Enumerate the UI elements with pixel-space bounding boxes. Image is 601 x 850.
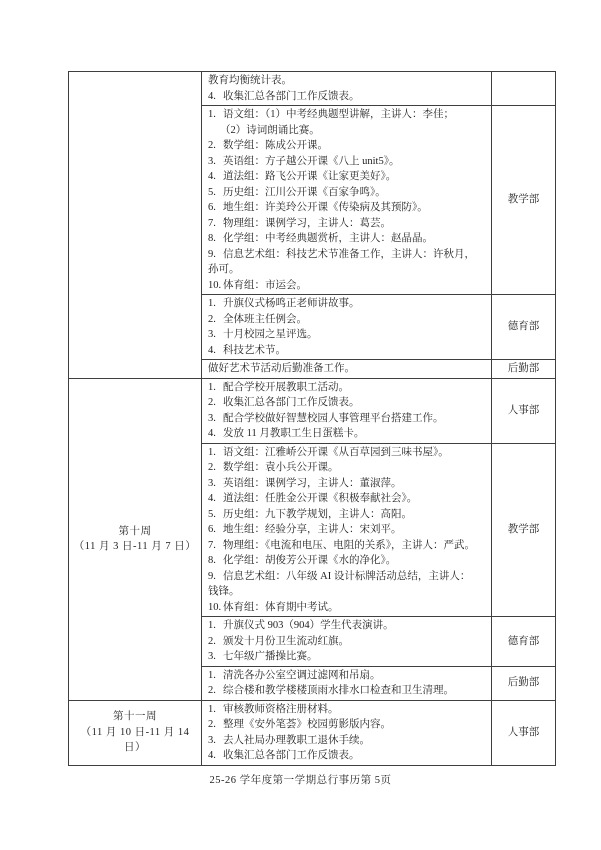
task-text: 十月校园之星评选。 [223,329,318,340]
task-line: 1.配合学校开展教职工活动。 [208,380,488,396]
tasks-cell: 做好艺术节活动后勤准备工作。 [202,360,492,379]
task-text: 孙可。 [208,264,240,275]
department-cell: 后勤部 [492,666,556,700]
task-number: 4. [208,343,223,359]
task-number: 4. [208,426,223,442]
task-text: 收集汇总各部门工作反馈表。 [223,750,360,761]
week-cell: 第十周（11 月 3 日-11 月 7 日） [69,378,202,700]
department-cell: 德育部 [492,617,556,667]
task-text: 升旗仪式杨鸣正老师讲故事。 [223,298,360,309]
task-text: 清洗各办公室空调过滤网和吊扇。 [223,670,381,681]
task-line: 1.升旗仪式杨鸣正老师讲故事。 [208,296,488,312]
task-text: 做好艺术节活动后勤准备工作。 [208,363,355,374]
task-text: 体育组：体育期中考试。 [223,602,339,613]
task-text: 化学组：胡俊芳公开课《水的净化》。 [223,555,396,566]
task-number: 6. [208,200,223,216]
department-cell [492,72,556,106]
task-line: 2.整理《安外笔荟》校园剪影版内容。 [208,717,488,733]
task-number: 1. [208,618,223,634]
task-text: 全体班主任例会。 [223,314,307,325]
task-number: 1. [208,107,223,123]
task-text: 审核教师资格注册材料。 [223,704,339,715]
week-label: 第十一周 [71,709,199,725]
task-line: 7.物理组：课例学习，主讲人：葛芸。 [208,216,488,232]
task-line: 3.去人社局办理教职工退休手续。 [208,733,488,749]
task-text: 信息艺术组：科技艺术节准备工作，主讲人：许秋月， [223,249,475,260]
task-text: 发放 11 月教职工生日蛋糕卡。 [223,428,364,439]
task-number: 8. [208,231,223,247]
task-number: 2. [208,395,223,411]
task-text: 历史组：九下教学规划，主讲人：高阳。 [223,509,412,520]
task-text: 语文组：（1）中考经典题型讲解，主讲人：李佳； [223,109,454,120]
task-text: 数学组：陈成公开课。 [223,140,328,151]
week-cell: 第十一周（11 月 10 日-11 月 14 日） [69,700,202,765]
task-number: 5. [208,507,223,523]
department-cell: 德育部 [492,295,556,360]
task-line: 3.七年级广播操比赛。 [208,649,488,665]
task-text: 英语组：课例学习，主讲人：董淑萍。 [223,478,402,489]
task-number: 9. [208,247,223,263]
task-line: 10.体育组：体育期中考试。 [208,600,488,616]
task-text: 信息艺术组：八年级 AI 设计标牌活动总结，主讲人： [223,571,470,582]
task-line: 5.历史组：九下教学规划，主讲人：高阳。 [208,507,488,523]
task-line: 做好艺术节活动后勤准备工作。 [208,361,488,377]
calendar-table-body: 教育均衡统计表。4.收集汇总各部门工作反馈表。1.语文组：（1）中考经典题型讲解… [69,72,556,766]
department-cell: 教学部 [492,106,556,295]
calendar-table: 教育均衡统计表。4.收集汇总各部门工作反馈表。1.语文组：（1）中考经典题型讲解… [68,71,556,766]
task-text: 物理组：课例学习，主讲人：葛芸。 [223,218,391,229]
task-text: 去人社局办理教职工退休手续。 [223,735,370,746]
task-number: 1. [208,296,223,312]
task-text: 颁发十月份卫生流动红旗。 [223,636,349,647]
task-line: 钱锋。 [208,584,488,600]
task-number: 2. [208,312,223,328]
task-number: 10. [208,600,223,616]
department-cell: 教学部 [492,443,556,617]
task-line: 6.地生组：经验分享，主讲人：宋刘平。 [208,522,488,538]
task-number: 1. [208,702,223,718]
task-line: 3.十月校园之星评选。 [208,327,488,343]
week-cell [69,72,202,379]
task-line: 3.英语组：课例学习，主讲人：董淑萍。 [208,476,488,492]
task-line: 1.审核教师资格注册材料。 [208,702,488,718]
task-line: 8.化学组：胡俊芳公开课《水的净化》。 [208,553,488,569]
task-number: 5. [208,185,223,201]
task-line: 2.数学组：袁小兵公开课。 [208,460,488,476]
task-text: 整理《安外笔荟》校园剪影版内容。 [223,719,391,730]
tasks-cell: 1.清洗各办公室空调过滤网和吊扇。2.综合楼和教学楼楼顶雨水排水口检查和卫生清理… [202,666,492,700]
tasks-cell: 1.语文组：（1）中考经典题型讲解，主讲人：李佳；（2）诗词朗诵比赛。2.数学组… [202,106,492,295]
task-number: 1. [208,668,223,684]
task-line: 7.物理组：《电流和电压、电阻的关系》，主讲人：严武。 [208,538,488,554]
task-line: 孙可。 [208,262,488,278]
task-line: 2.数学组：陈成公开课。 [208,138,488,154]
task-text: 化学组：中考经典题赏析，主讲人：赵晶晶。 [223,233,433,244]
task-number: 6. [208,522,223,538]
task-line: 9.信息艺术组：科技艺术节准备工作，主讲人：许秋月， [208,247,488,263]
task-text: 综合楼和教学楼楼顶雨水排水口检查和卫生清理。 [223,685,454,696]
task-line: 4.发放 11 月教职工生日蛋糕卡。 [208,426,488,442]
table-row: 第十一周（11 月 10 日-11 月 14 日）1.审核教师资格注册材料。2.… [69,700,556,765]
task-number: 3. [208,476,223,492]
task-line: 教育均衡统计表。 [208,73,488,89]
task-number: 1. [208,445,223,461]
task-number: 9. [208,569,223,585]
task-text: 物理组：《电流和电压、电阻的关系》，主讲人：严武。 [223,540,475,551]
task-text: 地生组：经验分享，主讲人：宋刘平。 [223,524,402,535]
task-number: 4. [208,491,223,507]
task-number: 3. [208,327,223,343]
task-text: 配合学校做好智慧校园人事管理平台搭建工作。 [223,413,444,424]
task-line: 4.收集汇总各部门工作反馈表。 [208,89,488,105]
task-line: 6.地生组：许美玲公开课《传染病及其预防》。 [208,200,488,216]
task-text: 道法组：路飞公开课《让家更美好》。 [223,171,396,182]
tasks-cell: 1.配合学校开展教职工活动。2.收集汇总各部门工作反馈表。3.配合学校做好智慧校… [202,378,492,443]
task-line: 1.清洗各办公室空调过滤网和吊扇。 [208,668,488,684]
department-cell: 后勤部 [492,360,556,379]
task-number: 2. [208,717,223,733]
tasks-cell: 教育均衡统计表。4.收集汇总各部门工作反馈表。 [202,72,492,106]
task-text: 语文组：江雅峤公开课《从百草园到三味书屋》。 [223,447,449,458]
task-text: 收集汇总各部门工作反馈表。 [223,91,360,102]
task-line: 4.科技艺术节。 [208,343,488,359]
task-text: 配合学校开展教职工活动。 [223,382,349,393]
task-number: 8. [208,553,223,569]
department-cell: 人事部 [492,700,556,765]
task-number: 2. [208,683,223,699]
department-cell: 人事部 [492,378,556,443]
task-text: 收集汇总各部门工作反馈表。 [223,397,360,408]
task-number: 3. [208,411,223,427]
task-line: 10.体育组：市运会。 [208,278,488,294]
task-text: 教育均衡统计表。 [208,75,292,86]
task-number: 3. [208,649,223,665]
task-number: 3. [208,733,223,749]
task-text: （2）诗词朗诵比赛。 [220,125,320,136]
week-label: （11 月 3 日-11 月 7 日） [71,539,199,555]
task-number: 4. [208,169,223,185]
task-line: 1.语文组：（1）中考经典题型讲解，主讲人：李佳； [208,107,488,123]
task-number: 2. [208,138,223,154]
task-text: 地生组：许美玲公开课《传染病及其预防》。 [223,202,428,213]
week-label: （11 月 10 日-11 月 14 日） [71,725,199,756]
task-text: 七年级广播操比赛。 [223,651,318,662]
task-number: 2. [208,634,223,650]
task-line: 9.信息艺术组：八年级 AI 设计标牌活动总结，主讲人： [208,569,488,585]
task-line: 4.收集汇总各部门工作反馈表。 [208,748,488,764]
task-text: 科技艺术节。 [223,345,286,356]
task-line: 2.收集汇总各部门工作反馈表。 [208,395,488,411]
tasks-cell: 1.升旗仪式 903（904）学生代表演讲。2.颁发十月份卫生流动红旗。3.七年… [202,617,492,667]
task-line: （2）诗词朗诵比赛。 [208,123,488,139]
task-number: 4. [208,748,223,764]
task-line: 2.颁发十月份卫生流动红旗。 [208,634,488,650]
task-text: 历史组：江川公开课《百家争鸣》。 [223,187,386,198]
tasks-cell: 1.升旗仪式杨鸣正老师讲故事。2.全体班主任例会。3.十月校园之星评选。4.科技… [202,295,492,360]
task-line: 2.综合楼和教学楼楼顶雨水排水口检查和卫生清理。 [208,683,488,699]
task-number: 4. [208,89,223,105]
task-line: 5.历史组：江川公开课《百家争鸣》。 [208,185,488,201]
task-line: 1.升旗仪式 903（904）学生代表演讲。 [208,618,488,634]
task-line: 1.语文组：江雅峤公开课《从百草园到三味书屋》。 [208,445,488,461]
tasks-cell: 1.语文组：江雅峤公开课《从百草园到三味书屋》。2.数学组：袁小兵公开课。3.英… [202,443,492,617]
task-number: 1. [208,380,223,396]
task-number: 2. [208,460,223,476]
task-text: 钱锋。 [208,586,240,597]
task-number: 10. [208,278,223,294]
task-text: 数学组：袁小兵公开课。 [223,462,339,473]
task-line: 4.道法组：路飞公开课《让家更美好》。 [208,169,488,185]
task-number: 3. [208,154,223,170]
task-line: 3.配合学校做好智慧校园人事管理平台搭建工作。 [208,411,488,427]
task-number: 7. [208,216,223,232]
task-line: 2.全体班主任例会。 [208,312,488,328]
table-row: 教育均衡统计表。4.收集汇总各部门工作反馈表。 [69,72,556,106]
tasks-cell: 1.审核教师资格注册材料。2.整理《安外笔荟》校园剪影版内容。3.去人社局办理教… [202,700,492,765]
week-label: 第十周 [71,524,199,540]
task-number: 7. [208,538,223,554]
task-text: 英语组：方子越公开课《八上 unit5》。 [223,156,399,167]
document-page: 教育均衡统计表。4.收集汇总各部门工作反馈表。1.语文组：（1）中考经典题型讲解… [0,0,601,850]
task-text: 道法组：任胜金公开课《积极奉献社会》。 [223,493,417,504]
task-line: 4.道法组：任胜金公开课《积极奉献社会》。 [208,491,488,507]
task-text: 升旗仪式 903（904）学生代表演讲。 [223,620,394,631]
task-line: 8.化学组：中考经典题赏析，主讲人：赵晶晶。 [208,231,488,247]
table-row: 第十周（11 月 3 日-11 月 7 日）1.配合学校开展教职工活动。2.收集… [69,378,556,443]
task-line: 3.英语组：方子越公开课《八上 unit5》。 [208,154,488,170]
page-footer: 25-26 学年度第一学期总行事历第 5页 [0,772,601,787]
task-text: 体育组：市运会。 [223,280,307,291]
